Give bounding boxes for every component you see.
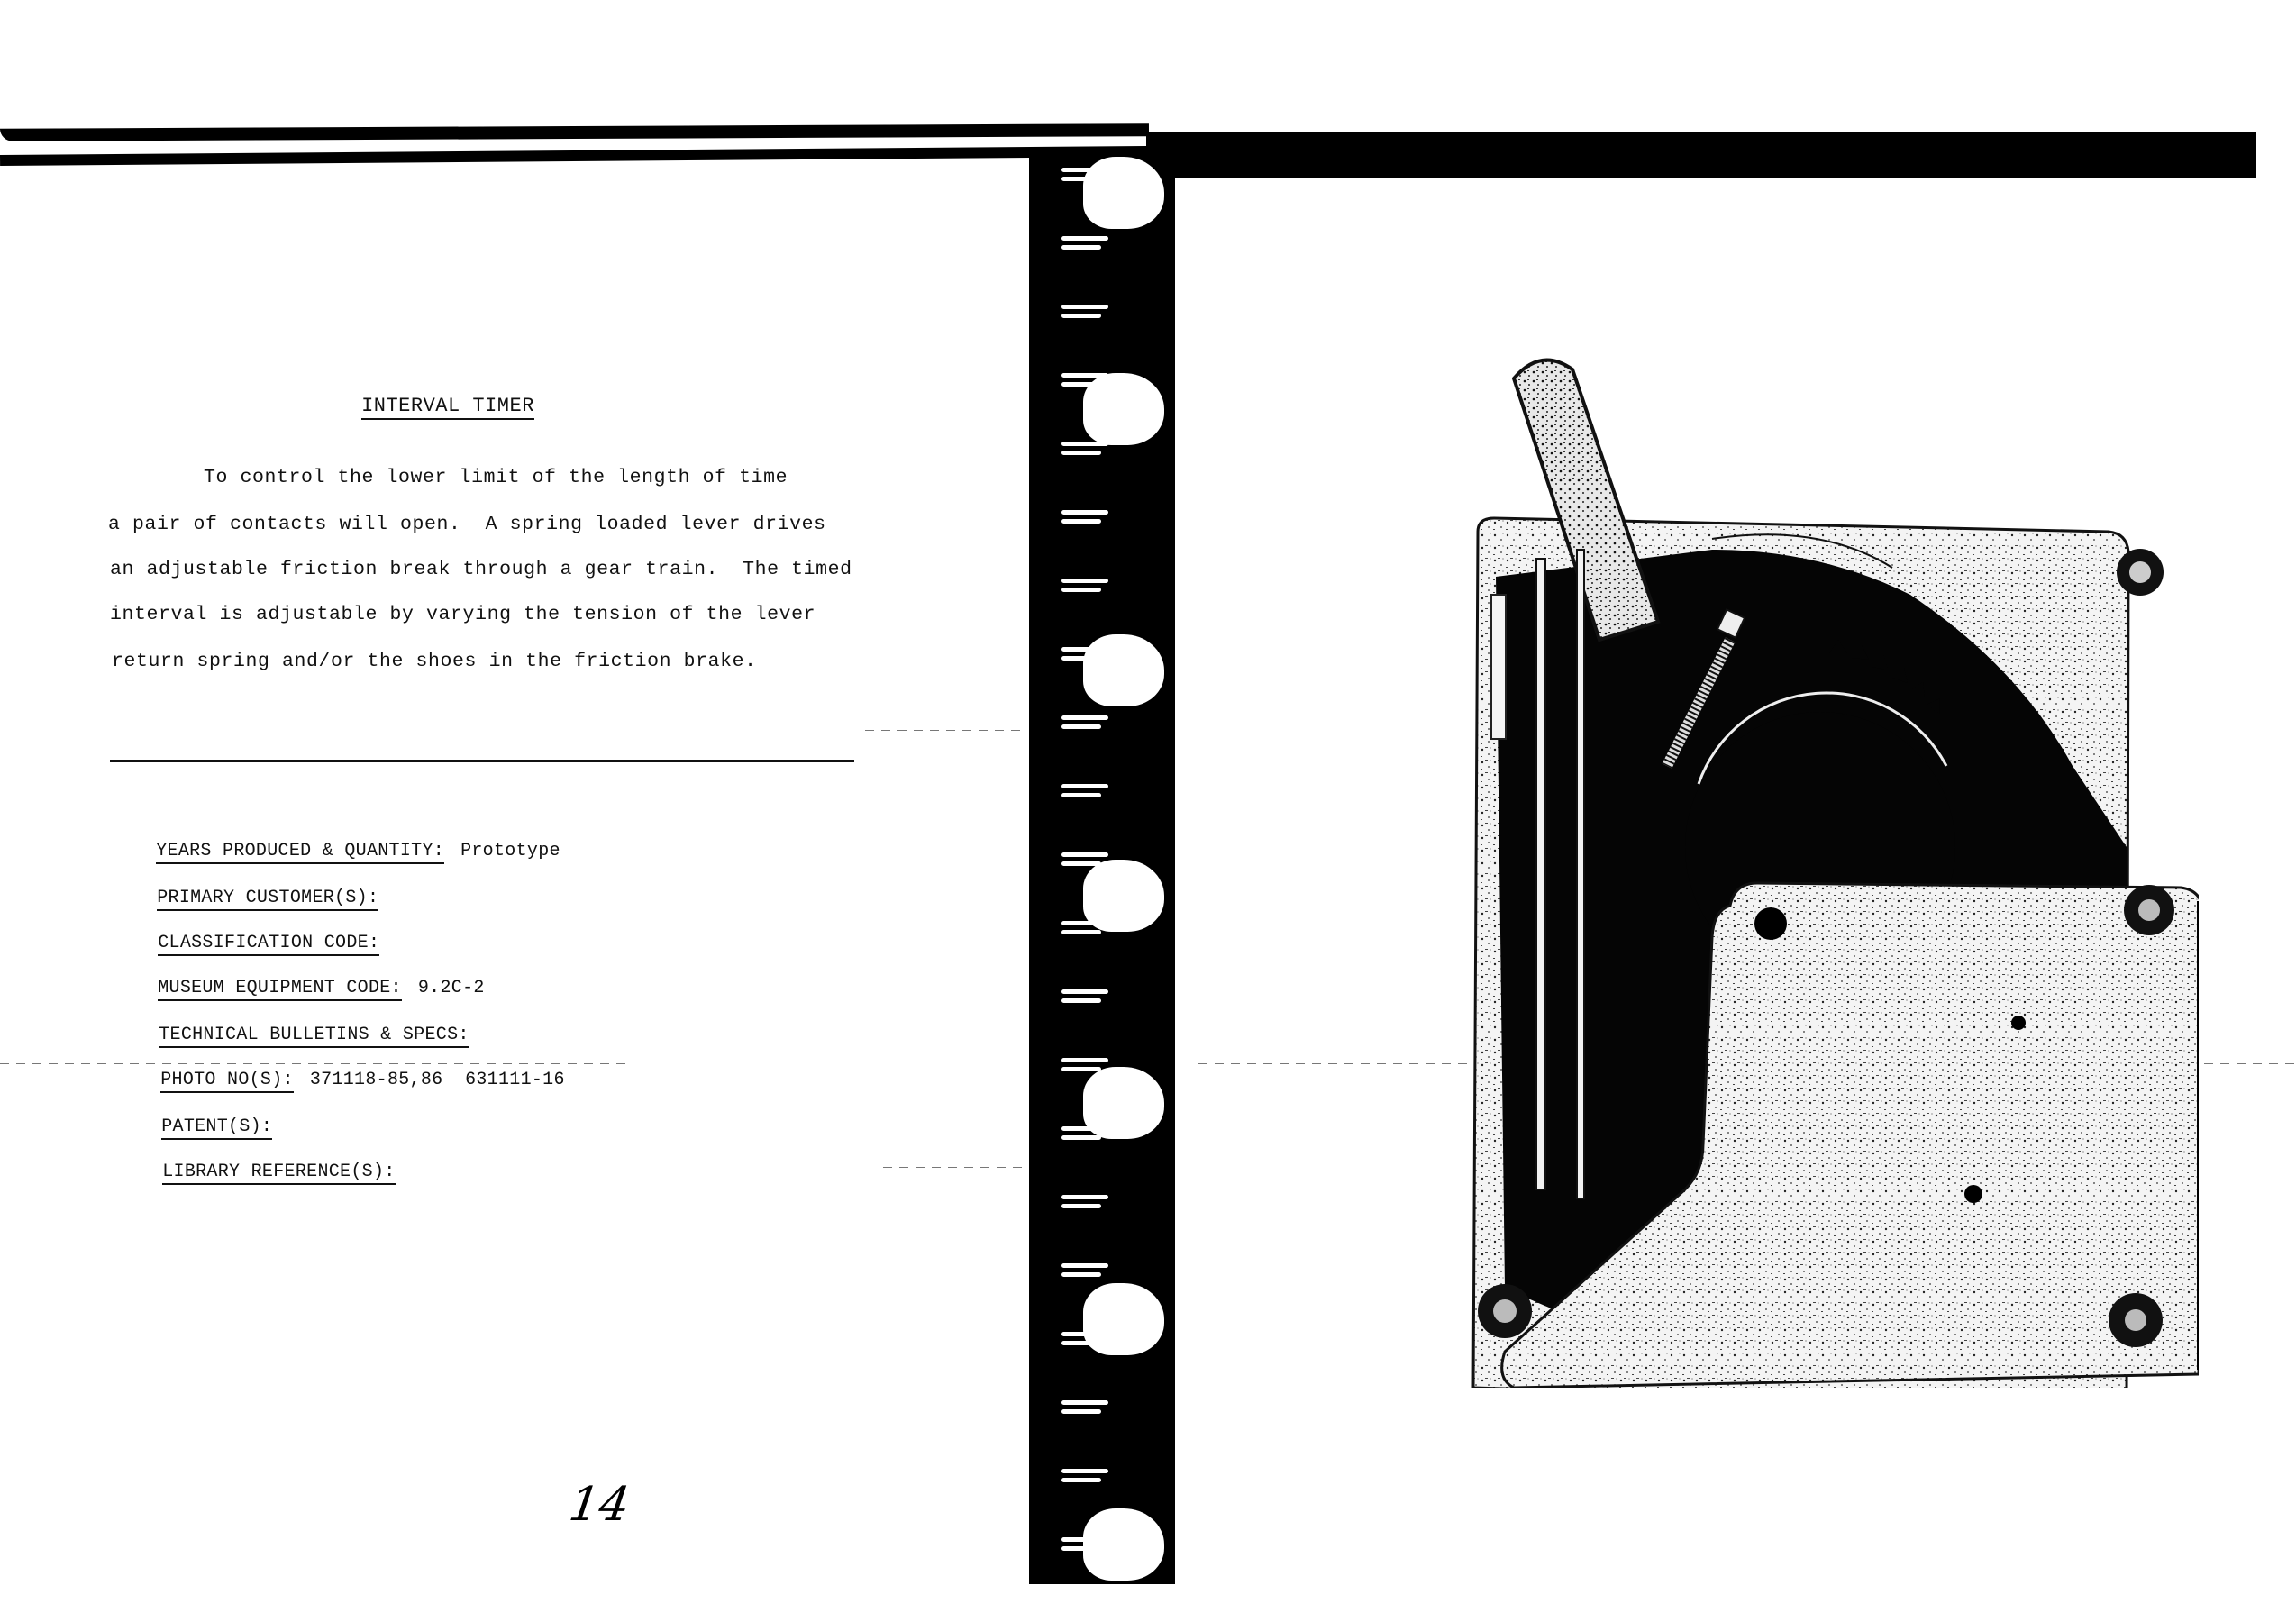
binding-coil [1061,988,1108,1007]
binding-coil [1061,782,1108,802]
binding-punch-hole [1083,373,1164,445]
field-value: 371118-85,86 631111-16 [310,1070,565,1090]
field-label: PHOTO NO(S): [160,1070,294,1093]
document-title-text: INTERVAL TIMER [361,395,534,420]
binding-coil [1061,1399,1108,1418]
document-title: INTERVAL TIMER [0,395,896,417]
description-line: interval is adjustable by varying the te… [110,604,815,625]
description-line: a pair of contacts will open. A spring l… [108,514,826,535]
page-number: 14 [566,1478,633,1532]
page-top-edge-line [0,123,1149,141]
binding-coil [1061,303,1108,323]
field-value: Prototype [460,841,560,861]
binding-coil [1061,508,1108,528]
description-line: an adjustable friction break through a g… [110,559,852,580]
page-top-edge-bar [1146,132,2256,178]
scan-artifact-line [883,1167,1027,1168]
field-label: TECHNICAL BULLETINS & SPECS: [159,1025,469,1048]
field-label: LIBRARY REFERENCE(S): [162,1162,395,1185]
binding-punch-hole [1083,1508,1164,1581]
field-label: PATENT(S): [161,1116,272,1140]
field-label: MUSEUM EQUIPMENT CODE: [158,978,402,1001]
field-library-references: LIBRARY REFERENCE(S): [118,1141,412,1203]
field-label: YEARS PRODUCED & QUANTITY: [156,841,444,864]
binding-punch-hole [1083,634,1164,706]
scan-artifact-line [0,1063,631,1064]
binding-coil [1061,1193,1108,1213]
binding-coil [1061,577,1108,597]
scan-artifact-line [865,730,1027,731]
timer-mechanism-illustration [1442,342,2199,1388]
binding-coil [1061,714,1108,734]
page-top-edge-line [0,146,1149,166]
field-value: 9.2C-2 [418,978,485,998]
photo-interval-timer [1442,342,2199,1388]
binding-punch-hole [1083,1283,1164,1355]
binding-punch-hole [1083,1067,1164,1139]
description-line: To control the lower limit of the length… [106,467,788,488]
binding-coil [1061,1262,1108,1281]
field-label: PRIMARY CUSTOMER(S): [157,888,378,911]
binding-punch-hole [1083,157,1164,229]
section-divider [110,760,854,762]
field-label: CLASSIFICATION CODE: [158,933,379,956]
description-line: return spring and/or the shoes in the fr… [112,651,757,672]
binding-punch-hole [1083,860,1164,932]
binding-coil [1061,234,1108,254]
spiral-binding [1029,148,1175,1584]
binding-coil [1061,1467,1108,1487]
